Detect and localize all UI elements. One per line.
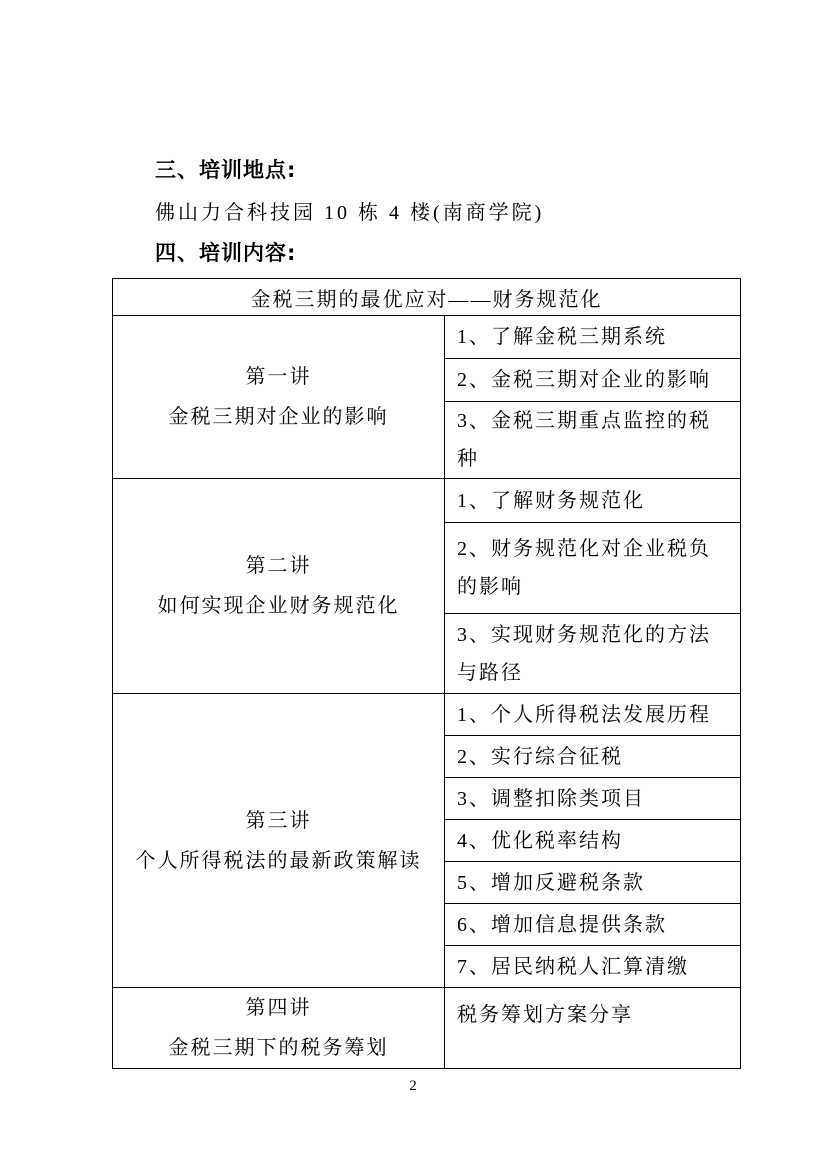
lecture-3-item-2: 2、实行综合征税 [445, 736, 741, 778]
table-title-row: 金税三期的最优应对——财务规范化 [113, 279, 741, 316]
lecture-1-item-3: 3、金税三期重点监控的税种 [445, 402, 741, 479]
lecture-3-item-7: 7、居民纳税人汇算清缴 [445, 946, 741, 988]
lecture-3-cell: 第三讲 个人所得税法的最新政策解读 [113, 694, 445, 988]
table-row: 第四讲 金税三期下的税务筹划 税务筹划方案分享 [113, 988, 741, 1069]
training-address-text: 佛山力合科技园 10 栋 4 楼(南商学院) [155, 196, 544, 225]
page-number: 2 [0, 1078, 826, 1095]
lecture-3-item-4: 4、优化税率结构 [445, 820, 741, 862]
lecture-3-item-5: 5、增加反避税条款 [445, 862, 741, 904]
lecture-3-topic: 个人所得税法的最新政策解读 [119, 841, 438, 881]
lecture-3-item-1: 1、个人所得税法发展历程 [445, 694, 741, 736]
lecture-1-name: 第一讲 [119, 357, 438, 397]
table-row: 第一讲 金税三期对企业的影响 1、了解金税三期系统 [113, 316, 741, 359]
training-content-table: 金税三期的最优应对——财务规范化 第一讲 金税三期对企业的影响 1、了解金税三期… [112, 278, 741, 1069]
lecture-2-topic: 如何实现企业财务规范化 [119, 586, 438, 626]
lecture-1-item-2: 2、金税三期对企业的影响 [445, 359, 741, 402]
lecture-4-name: 第四讲 [119, 988, 438, 1028]
table-row: 第二讲 如何实现企业财务规范化 1、了解财务规范化 [113, 479, 741, 523]
table-title: 金税三期的最优应对——财务规范化 [113, 279, 741, 316]
lecture-2-cell: 第二讲 如何实现企业财务规范化 [113, 479, 445, 694]
lecture-3-item-3: 3、调整扣除类项目 [445, 778, 741, 820]
lecture-1-item-1: 1、了解金税三期系统 [445, 316, 741, 359]
heading-training-content: 四、培训内容: [155, 237, 296, 267]
lecture-2-item-1: 1、了解财务规范化 [445, 479, 741, 523]
heading-training-location: 三、培训地点: [155, 154, 296, 184]
lecture-3-name: 第三讲 [119, 801, 438, 841]
lecture-4-item-1: 税务筹划方案分享 [445, 988, 741, 1069]
table-row: 第三讲 个人所得税法的最新政策解读 1、个人所得税法发展历程 [113, 694, 741, 736]
lecture-2-name: 第二讲 [119, 546, 438, 586]
lecture-2-item-2: 2、财务规范化对企业税负的影响 [445, 523, 741, 614]
lecture-1-topic: 金税三期对企业的影响 [119, 397, 438, 437]
lecture-3-item-6: 6、增加信息提供条款 [445, 904, 741, 946]
lecture-4-topic: 金税三期下的税务筹划 [119, 1028, 438, 1068]
lecture-2-item-3: 3、实现财务规范化的方法与路径 [445, 614, 741, 694]
lecture-4-cell: 第四讲 金税三期下的税务筹划 [113, 988, 445, 1069]
document-page: { "colors": { "background": "#ffffff", "… [0, 0, 826, 1169]
lecture-1-cell: 第一讲 金税三期对企业的影响 [113, 316, 445, 479]
training-content-table-container: 金税三期的最优应对——财务规范化 第一讲 金税三期对企业的影响 1、了解金税三期… [112, 278, 741, 1069]
